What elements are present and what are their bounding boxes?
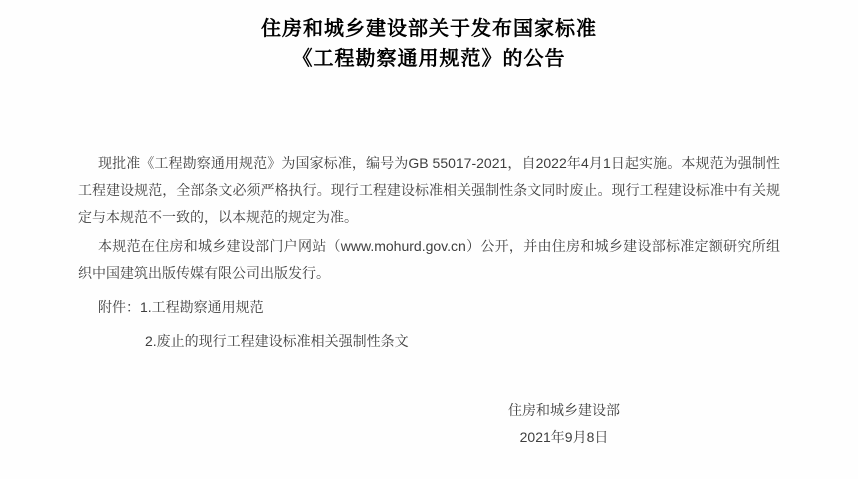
attachment-item-1: 1.工程勘察通用规范 <box>140 299 264 315</box>
announcement-body: 现批准《工程勘察通用规范》为国家标准，编号为GB 55017-2021，自202… <box>78 150 780 451</box>
signature-date: 2021年9月8日 <box>508 424 620 451</box>
announcement-document: 住房和城乡建设部关于发布国家标准 《工程勘察通用规范》的公告 现批准《工程勘察通… <box>0 0 858 451</box>
page-title-line-2: 《工程勘察通用规范》的公告 <box>78 44 780 74</box>
signature-inner: 住房和城乡建设部 2021年9月8日 <box>508 397 620 451</box>
paragraph-approval: 现批准《工程勘察通用规范》为国家标准，编号为GB 55017-2021，自202… <box>78 150 780 231</box>
page-title: 住房和城乡建设部关于发布国家标准 《工程勘察通用规范》的公告 <box>78 14 780 74</box>
page-title-line-1: 住房和城乡建设部关于发布国家标准 <box>78 14 780 44</box>
signature-block: 住房和城乡建设部 2021年9月8日 <box>78 397 780 451</box>
paragraph-publication: 本规范在住房和城乡建设部门户网站（www.mohurd.gov.cn）公开，并由… <box>78 233 780 287</box>
attachment-line-1: 附件：1.工程勘察通用规范 <box>78 294 780 321</box>
attachment-item-2: 2.废止的现行工程建设标准相关强制性条文 <box>145 333 409 349</box>
announcement-page: 住房和城乡建设部关于发布国家标准 《工程勘察通用规范》的公告 现批准《工程勘察通… <box>0 0 858 479</box>
attachment-line-2: 2.废止的现行工程建设标准相关强制性条文 <box>78 328 780 355</box>
signature-organization: 住房和城乡建设部 <box>508 397 620 424</box>
attachment-label: 附件： <box>98 299 140 315</box>
